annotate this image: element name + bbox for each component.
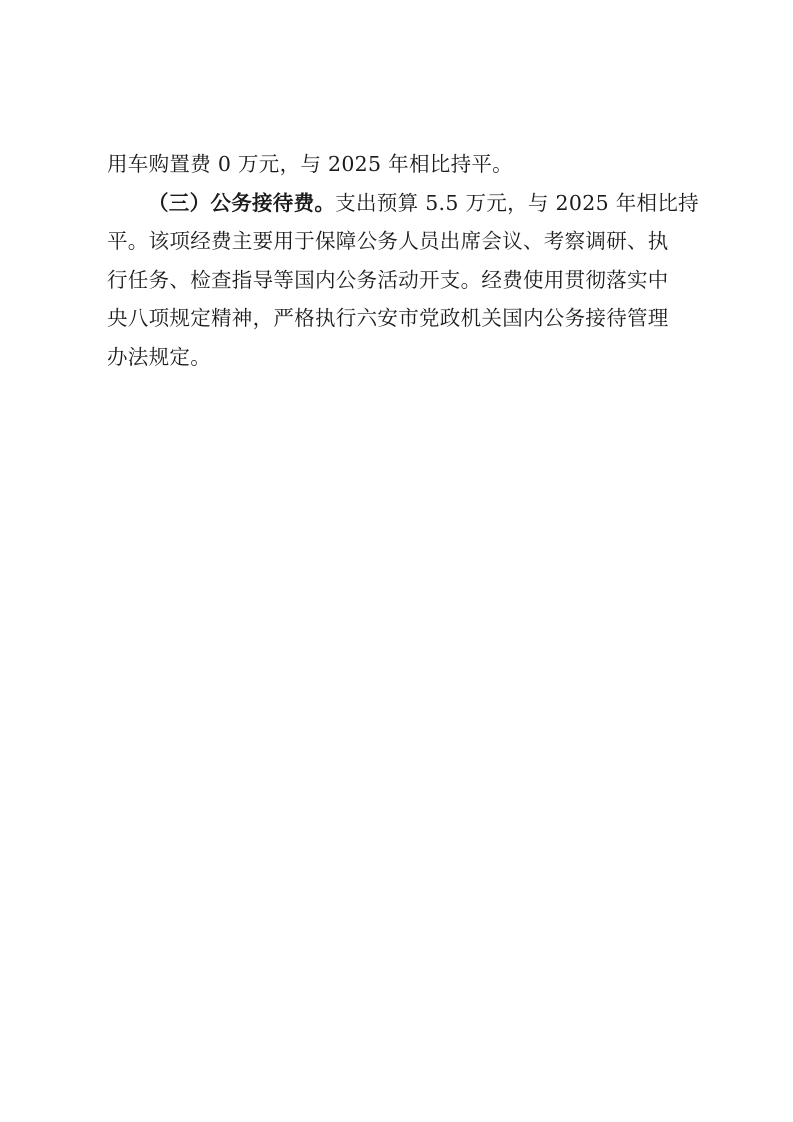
paragraph-line-vehicle-purchase: 用车购置费 0 万元，与 2025 年相比持平。	[107, 145, 689, 184]
line-text: 行任务、检查指导等国内公务活动开支。经费使用贯彻落实中	[107, 268, 669, 292]
document-body: 用车购置费 0 万元，与 2025 年相比持平。 （三）公务接待费。支出预算 5…	[107, 145, 689, 376]
paragraph-line-reception-heading: （三）公务接待费。支出预算 5.5 万元，与 2025 年相比持	[107, 184, 689, 223]
document-page: 用车购置费 0 万元，与 2025 年相比持平。 （三）公务接待费。支出预算 5…	[0, 0, 793, 1122]
line-text: 平。该项经费主要用于保障公务人员出席会议、考察调研、执	[107, 229, 669, 253]
paragraph-line-final: 办法规定。	[107, 338, 689, 377]
paragraph-line: 央八项规定精神，严格执行六安市党政机关国内公务接待管理	[107, 299, 689, 338]
line-text: 支出预算 5.5 万元，与 2025 年相比持	[335, 191, 699, 215]
line-text: 办法规定。	[107, 345, 211, 369]
paragraph-line: 行任务、检查指导等国内公务活动开支。经费使用贯彻落实中	[107, 261, 689, 300]
line-text: 用车购置费 0 万元，与 2025 年相比持平。	[107, 152, 513, 176]
line-text: 央八项规定精神，严格执行六安市党政机关国内公务接待管理	[107, 306, 669, 330]
section-heading: （三）公务接待费。	[148, 191, 335, 215]
paragraph-line: 平。该项经费主要用于保障公务人员出席会议、考察调研、执	[107, 222, 689, 261]
